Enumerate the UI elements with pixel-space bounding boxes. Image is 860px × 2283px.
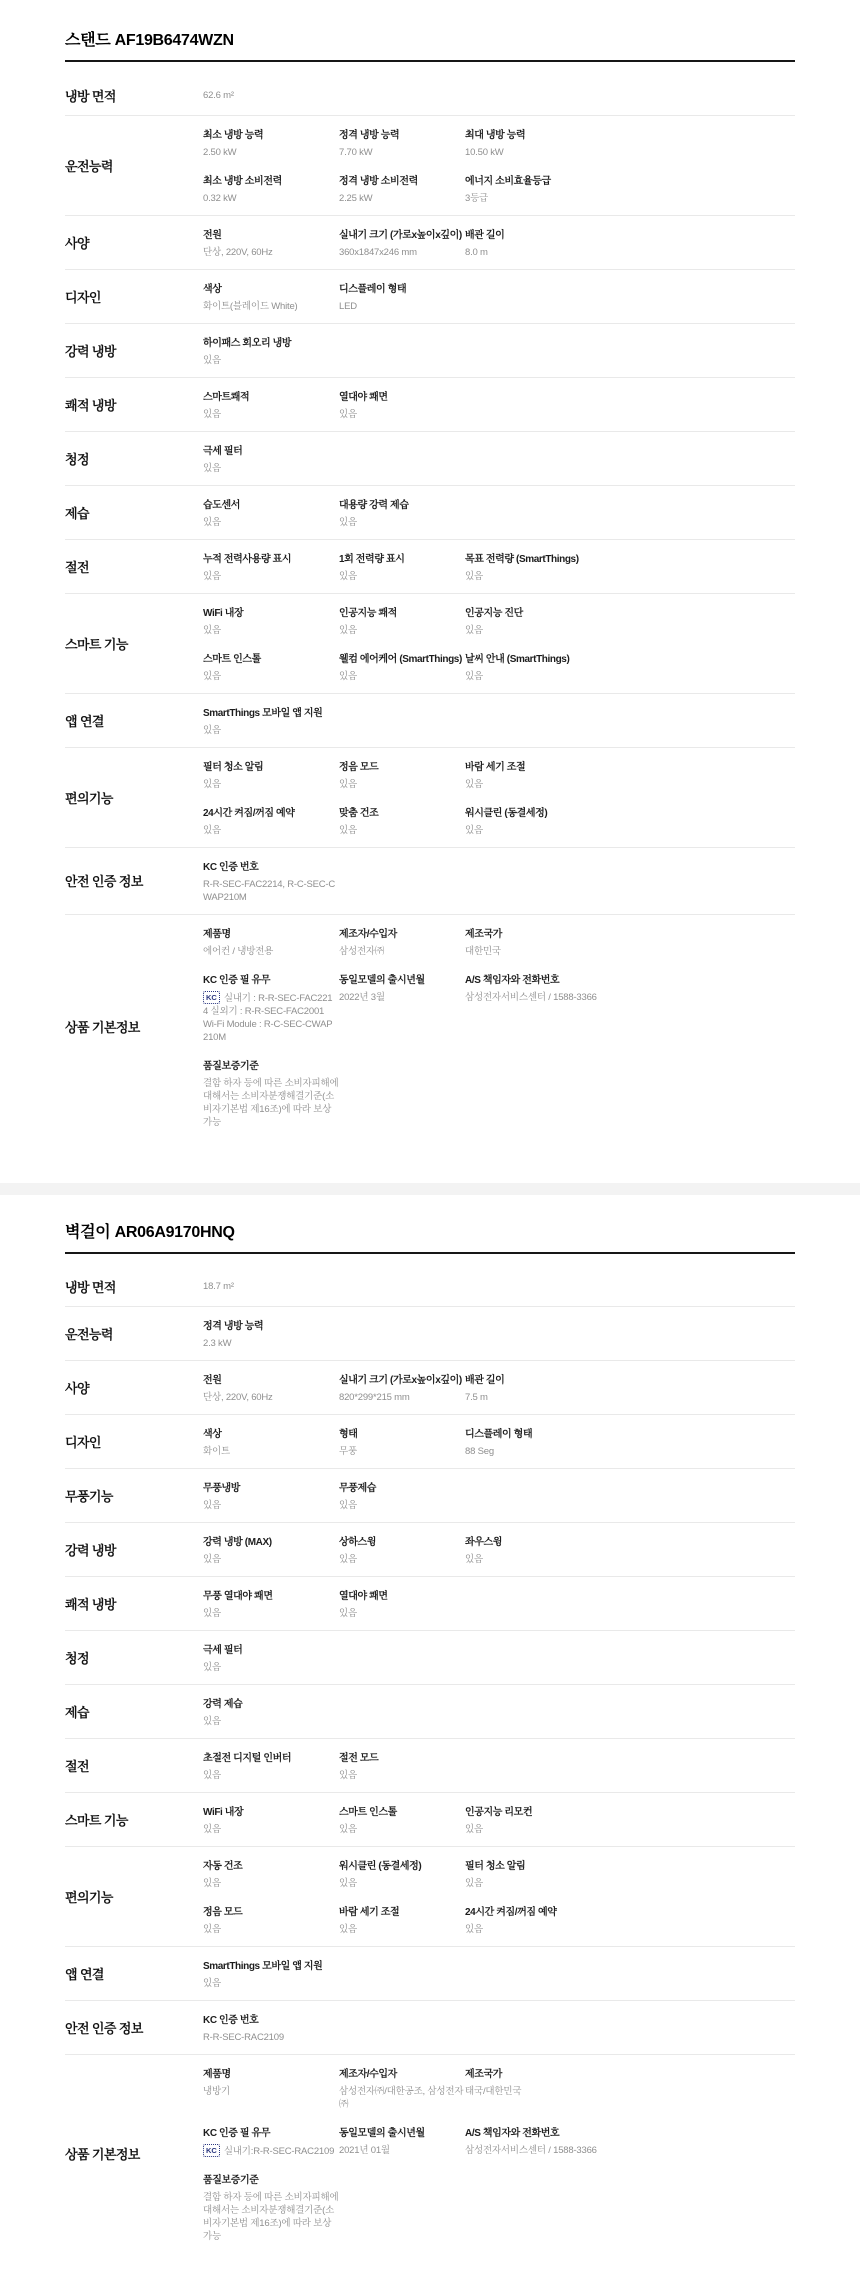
field-value: 있음	[203, 354, 339, 367]
field-value-text: R-R-SEC-FAC2214, R-C-SEC-CWAP210M	[203, 879, 335, 903]
spec-field: 스마트 인스톨 있음	[339, 1803, 465, 1836]
field-value: 18.7 m²	[203, 1280, 339, 1293]
row-fields: 무풍냉방 있음 무풍제습 있음	[203, 1479, 795, 1512]
field-name: 전원	[203, 1371, 339, 1386]
field-value: KC실내기:R-R-SEC-RAC2109	[203, 2144, 339, 2158]
spec-field: 제조자/수입자 삼성전자㈜	[339, 925, 465, 958]
spec-row: 청정 극세 필터 있음	[65, 1631, 795, 1685]
field-value: 있음	[465, 1823, 795, 1836]
field-value: 있음	[203, 624, 339, 637]
field-value-text: 있음	[203, 517, 221, 528]
field-value-text: 단상, 220V, 60Hz	[203, 1392, 273, 1403]
field-name: 극세 필터	[203, 1641, 339, 1656]
field-value: 있음	[465, 1877, 795, 1890]
row-label: 운전능력	[65, 156, 203, 175]
spec-field: 스마트 인스톨 있음	[203, 650, 339, 683]
spec-row: 앱 연결 SmartThings 모바일 앱 지원 있음	[65, 694, 795, 748]
spec-row: 쾌적 냉방 무풍 열대야 쾌면 있음 열대야 쾌면 있음	[65, 1577, 795, 1631]
spec-field: 인공지능 리모컨 있음	[465, 1803, 795, 1836]
field-value-text: 있음	[203, 1608, 221, 1619]
section-title: 스탠드 AF19B6474WZN	[65, 19, 795, 62]
spec-field: 색상 화이트(블레이드 White)	[203, 280, 339, 313]
field-value-text: 3등급	[465, 193, 488, 204]
field-value: 있음	[465, 1923, 795, 1936]
spec-field: 정격 냉방 능력 7.70 kW	[339, 126, 465, 159]
field-value: 7.70 kW	[339, 146, 465, 159]
field-value-text: 있음	[203, 725, 221, 736]
field-name: 초절전 디지털 인버터	[203, 1749, 339, 1764]
field-name: 워시클린 (동결세정)	[339, 1857, 465, 1872]
row-fields: 제품명 냉방기 제조자/수입자 삼성전자㈜/대한공조, 삼성전자㈜ 제조국가 태…	[203, 2065, 795, 2243]
field-name: 강력 냉방 (MAX)	[203, 1533, 339, 1548]
field-name: 필터 청소 알림	[203, 758, 339, 773]
field-value: 있음	[339, 670, 465, 683]
field-value: 2.50 kW	[203, 146, 339, 159]
field-value: 있음	[339, 408, 465, 421]
row-label: 청정	[65, 449, 203, 468]
field-name: 하이패스 회오리 냉방	[203, 334, 339, 349]
field-value-text: 있음	[339, 1608, 357, 1619]
field-name: 정음 모드	[339, 758, 465, 773]
row-label: 스마트 기능	[65, 1810, 203, 1829]
field-name: 바람 세기 조절	[465, 758, 795, 773]
field-value: 8.0 m	[465, 246, 795, 259]
row-fields: KC 인증 번호 R-R-SEC-RAC2109	[203, 2011, 795, 2044]
spec-field: KC 인증 번호 R-R-SEC-FAC2214, R-C-SEC-CWAP21…	[203, 858, 339, 904]
field-value-text: 2.3 kW	[203, 1338, 231, 1349]
field-name: 디스플레이 형태	[339, 280, 465, 295]
spec-row: 운전능력 최소 냉방 능력 2.50 kW 정격 냉방 능력 7.70 kW 최…	[65, 116, 795, 216]
field-name: KC 인증 필 유무	[203, 971, 339, 986]
spec-field: 극세 필터 있음	[203, 1641, 339, 1674]
spec-field: 인공지능 쾌적 있음	[339, 604, 465, 637]
spec-field: 디스플레이 형태 88 Seg	[465, 1425, 795, 1458]
field-value-text: 화이트(블레이드 White)	[203, 301, 298, 312]
row-label: 편의기능	[65, 788, 203, 807]
spec-field: 실내기 크기 (가로x높이x깊이) 820*299*215 mm	[339, 1371, 465, 1404]
row-fields: 습도센서 있음 대용량 강력 제습 있음	[203, 496, 795, 529]
field-value: 있음	[465, 624, 795, 637]
row-fields: 극세 필터 있음	[203, 442, 795, 475]
row-label: 무풍기능	[65, 1486, 203, 1505]
row-label: 강력 냉방	[65, 1540, 203, 1559]
field-value: 있음	[203, 778, 339, 791]
field-value: LED	[339, 300, 465, 313]
field-value-text: 2.25 kW	[339, 193, 372, 204]
field-value-text: 있음	[339, 1824, 357, 1835]
field-value-text: 단상, 220V, 60Hz	[203, 247, 273, 258]
field-value-text: 88 Seg	[465, 1446, 494, 1457]
section-divider	[0, 1183, 860, 1195]
field-name: SmartThings 모바일 앱 지원	[203, 1957, 339, 1972]
spec-field: 목표 전력량 (SmartThings) 있음	[465, 550, 795, 583]
row-label: 앱 연결	[65, 1964, 203, 1983]
spec-row: 강력 냉방 하이패스 회오리 냉방 있음	[65, 324, 795, 378]
field-value: 무풍	[339, 1445, 465, 1458]
spec-field: 제조자/수입자 삼성전자㈜/대한공조, 삼성전자㈜	[339, 2065, 465, 2111]
spec-field: 실내기 크기 (가로x높이x깊이) 360x1847x246 mm	[339, 226, 465, 259]
field-value-text: 2.50 kW	[203, 147, 236, 158]
field-name: 극세 필터	[203, 442, 339, 457]
spec-field: 에너지 소비효율등급 3등급	[465, 172, 795, 205]
spec-field: 날씨 안내 (SmartThings) 있음	[465, 650, 795, 683]
field-name: A/S 책임자와 전화번호	[465, 971, 795, 986]
field-value-text: 결함 하자 등에 따른 소비자피해에 대해서는 소비자분쟁해결기준(소비자기본법…	[203, 2192, 338, 2242]
spec-field: A/S 책임자와 전화번호 삼성전자서비스센터 / 1588-3366	[465, 971, 795, 1004]
row-fields: 스마트쾌적 있음 열대야 쾌면 있음	[203, 388, 795, 421]
row-fields: WiFi 내장 있음 스마트 인스톨 있음 인공지능 리모컨 있음	[203, 1803, 795, 1836]
spec-field: 정격 냉방 소비전력 2.25 kW	[339, 172, 465, 205]
spec-field: 초절전 디지털 인버터 있음	[203, 1749, 339, 1782]
row-fields: SmartThings 모바일 앱 지원 있음	[203, 704, 795, 737]
field-name: 형태	[339, 1425, 465, 1440]
field-value: 있음	[203, 724, 339, 737]
field-value-text: 태국/대한민국	[465, 2086, 521, 2097]
field-value-text: 10.50 kW	[465, 147, 504, 158]
field-value: 있음	[203, 1823, 339, 1836]
field-value: 있음	[339, 1553, 465, 1566]
field-value-text: 있음	[203, 779, 221, 790]
row-fields: 무풍 열대야 쾌면 있음 열대야 쾌면 있음	[203, 1587, 795, 1620]
field-value: 있음	[203, 1977, 339, 1990]
field-value: 화이트(블레이드 White)	[203, 300, 339, 313]
field-value: 삼성전자㈜/대한공조, 삼성전자㈜	[339, 2085, 465, 2111]
row-fields: SmartThings 모바일 앱 지원 있음	[203, 1957, 795, 1990]
field-name: 열대야 쾌면	[339, 1587, 465, 1602]
field-value-text: 2021년 01월	[339, 2145, 390, 2156]
field-name: 실내기 크기 (가로x높이x깊이)	[339, 226, 465, 241]
field-value: 있음	[203, 1499, 339, 1512]
spec-row: 제습 습도센서 있음 대용량 강력 제습 있음	[65, 486, 795, 540]
field-value-text: 있음	[203, 409, 221, 420]
field-value: 있음	[465, 570, 795, 583]
kc-certification-icon: KC	[203, 2144, 220, 2157]
field-name: 대용량 강력 제습	[339, 496, 465, 511]
field-name: 제조자/수입자	[339, 925, 465, 940]
field-name: 최대 냉방 능력	[465, 126, 795, 141]
spec-field: 강력 제습 있음	[203, 1695, 339, 1728]
spec-field: 제조국가 대한민국	[465, 925, 795, 958]
field-value-text: 실내기:R-R-SEC-RAC2109	[224, 2146, 334, 2157]
spec-row: 상품 기본정보 제품명 냉방기 제조자/수입자 삼성전자㈜/대한공조, 삼성전자…	[65, 2055, 795, 2253]
spec-field: 절전 모드 있음	[339, 1749, 465, 1782]
field-name: WiFi 내장	[203, 1803, 339, 1818]
spec-rows: 냉방 면적 62.6 m² 운전능력 최소 냉방 능력 2.50 kW 정격 냉…	[65, 76, 795, 1139]
field-value: 냉방기	[203, 2085, 339, 2098]
field-name: 에너지 소비효율등급	[465, 172, 795, 187]
spec-row: 무풍기능 무풍냉방 있음 무풍제습 있음	[65, 1469, 795, 1523]
row-label: 상품 기본정보	[65, 2144, 203, 2163]
field-value-text: 실내기 : R-R-SEC-FAC2214 실외기 : R-R-SEC-FAC2…	[203, 993, 332, 1043]
row-label: 안전 인증 정보	[65, 2018, 203, 2037]
field-name: 최소 냉방 소비전력	[203, 172, 339, 187]
row-label: 제습	[65, 503, 203, 522]
field-value-text: 있음	[203, 1978, 221, 1989]
spec-field: 제품명 에어컨 / 냉방전용	[203, 925, 339, 958]
row-fields: 전원 단상, 220V, 60Hz 실내기 크기 (가로x높이x깊이) 820*…	[203, 1371, 795, 1404]
spec-row: 편의기능 필터 청소 알림 있음 정음 모드 있음 바람 세기 조절 있음 24…	[65, 748, 795, 848]
field-name: 바람 세기 조절	[339, 1903, 465, 1918]
field-name: 색상	[203, 1425, 339, 1440]
field-value: 있음	[203, 570, 339, 583]
field-value: 삼성전자서비스센터 / 1588-3366	[465, 991, 795, 1004]
field-value-text: 있음	[203, 571, 221, 582]
spec-field: 인공지능 진단 있음	[465, 604, 795, 637]
spec-field: WiFi 내장 있음	[203, 604, 339, 637]
field-name: 최소 냉방 능력	[203, 126, 339, 141]
field-value-text: 있음	[339, 1770, 357, 1781]
field-value: 화이트	[203, 1445, 339, 1458]
spec-field: 1회 전력량 표시 있음	[339, 550, 465, 583]
field-value: 있음	[465, 824, 795, 837]
spec-field: 맞춤 건조 있음	[339, 804, 465, 837]
field-value-text: 있음	[203, 671, 221, 682]
field-name: 인공지능 리모컨	[465, 1803, 795, 1818]
field-name: 절전 모드	[339, 1749, 465, 1764]
spec-field: KC 인증 필 유무 KC실내기:R-R-SEC-RAC2109	[203, 2124, 339, 2158]
field-value: 있음	[203, 1715, 339, 1728]
spec-field: 동일모델의 출시년월 2022년 3월	[339, 971, 465, 1004]
row-fields: 전원 단상, 220V, 60Hz 실내기 크기 (가로x높이x깊이) 360x…	[203, 226, 795, 259]
field-name: WiFi 내장	[203, 604, 339, 619]
field-value: 있음	[203, 1923, 339, 1936]
field-value-text: 무풍	[339, 1446, 357, 1457]
spec-field: 정음 모드 있음	[339, 758, 465, 791]
field-name: 인공지능 진단	[465, 604, 795, 619]
spec-rows: 냉방 면적 18.7 m² 운전능력 정격 냉방 능력 2.3 kW 사양 전원…	[65, 1267, 795, 2253]
field-value: 있음	[203, 516, 339, 529]
spec-field: 습도센서 있음	[203, 496, 339, 529]
row-label: 절전	[65, 557, 203, 576]
field-value-text: 360x1847x246 mm	[339, 247, 417, 258]
field-value: 2021년 01월	[339, 2144, 465, 2157]
field-value-text: 있음	[339, 1554, 357, 1565]
row-fields: 누적 전력사용량 표시 있음 1회 전력량 표시 있음 목표 전력량 (Smar…	[203, 550, 795, 583]
field-value: 있음	[339, 778, 465, 791]
field-name: 목표 전력량 (SmartThings)	[465, 550, 795, 565]
field-name: 동일모델의 출시년월	[339, 2124, 465, 2139]
field-value-text: 있음	[339, 779, 357, 790]
field-value: 대한민국	[465, 945, 795, 958]
field-value: 있음	[203, 1661, 339, 1674]
row-fields: 강력 제습 있음	[203, 1695, 795, 1728]
field-value: 있음	[203, 670, 339, 683]
field-value: 있음	[465, 778, 795, 791]
field-name: A/S 책임자와 전화번호	[465, 2124, 795, 2139]
spec-field: 필터 청소 알림 있음	[203, 758, 339, 791]
field-value: 있음	[339, 570, 465, 583]
spec-row: 상품 기본정보 제품명 에어컨 / 냉방전용 제조자/수입자 삼성전자㈜ 제조국…	[65, 915, 795, 1139]
field-value-text: 있음	[465, 671, 483, 682]
spec-field: 웰컴 에어케어 (SmartThings) 있음	[339, 650, 465, 683]
row-label: 쾌적 냉방	[65, 1594, 203, 1613]
field-name: 무풍 열대야 쾌면	[203, 1587, 339, 1602]
field-name: 24시간 켜짐/꺼짐 예약	[203, 804, 339, 819]
spec-field: 전원 단상, 220V, 60Hz	[203, 1371, 339, 1404]
spec-field: 배관 길이 8.0 m	[465, 226, 795, 259]
field-value-text: 있음	[339, 409, 357, 420]
field-value: 에어컨 / 냉방전용	[203, 945, 339, 958]
field-value-text: 있음	[203, 1924, 221, 1935]
field-name: 제조자/수입자	[339, 2065, 465, 2080]
spec-field: KC 인증 번호 R-R-SEC-RAC2109	[203, 2011, 339, 2044]
spec-row: 절전 누적 전력사용량 표시 있음 1회 전력량 표시 있음 목표 전력량 (S…	[65, 540, 795, 594]
row-fields: 18.7 m²	[203, 1280, 795, 1293]
row-label: 강력 냉방	[65, 341, 203, 360]
spec-row: 스마트 기능 WiFi 내장 있음 인공지능 쾌적 있음 인공지능 진단 있음 …	[65, 594, 795, 694]
field-value-text: 있음	[339, 671, 357, 682]
spec-field: 최소 냉방 소비전력 0.32 kW	[203, 172, 339, 205]
field-value: 2022년 3월	[339, 991, 465, 1004]
spec-field: 24시간 켜짐/꺼짐 예약 있음	[203, 804, 339, 837]
row-fields: 자동 건조 있음 워시클린 (동결세정) 있음 필터 청소 알림 있음 정음 모…	[203, 1857, 795, 1936]
row-label: 상품 기본정보	[65, 1017, 203, 1036]
field-value-text: R-R-SEC-RAC2109	[203, 2032, 284, 2043]
field-value-text: 820*299*215 mm	[339, 1392, 410, 1403]
field-value-text: 있음	[203, 355, 221, 366]
row-fields: 색상 화이트 형태 무풍 디스플레이 형태 88 Seg	[203, 1425, 795, 1458]
spec-row: 냉방 면적 62.6 m²	[65, 76, 795, 116]
field-name: 제조국가	[465, 2065, 795, 2080]
field-value-text: 에어컨 / 냉방전용	[203, 946, 273, 957]
section-title: 벽걸이 AR06A9170HNQ	[65, 1211, 795, 1254]
row-label: 제습	[65, 1702, 203, 1721]
row-label: 절전	[65, 1756, 203, 1775]
kc-certification-icon: KC	[203, 991, 220, 1004]
field-value-text: 있음	[203, 1770, 221, 1781]
field-value: 있음	[203, 824, 339, 837]
field-name: 제품명	[203, 925, 339, 940]
spec-field: 하이패스 회오리 냉방 있음	[203, 334, 339, 367]
field-value-text: 있음	[465, 779, 483, 790]
spec-row: 운전능력 정격 냉방 능력 2.3 kW	[65, 1307, 795, 1361]
field-name: 품질보증기준	[203, 1057, 339, 1072]
row-label: 운전능력	[65, 1324, 203, 1343]
field-name: KC 인증 필 유무	[203, 2124, 339, 2139]
field-value: 360x1847x246 mm	[339, 246, 465, 259]
field-value: 10.50 kW	[465, 146, 795, 159]
field-value-text: 있음	[465, 1924, 483, 1935]
field-name: 자동 건조	[203, 1857, 339, 1872]
field-value: 있음	[203, 1877, 339, 1890]
field-value: 있음	[339, 1823, 465, 1836]
field-name: 제품명	[203, 2065, 339, 2080]
spec-page: 스탠드 AF19B6474WZN 냉방 면적 62.6 m² 운전능력 최소 냉…	[0, 0, 860, 2283]
row-label: 쾌적 냉방	[65, 395, 203, 414]
field-name: 1회 전력량 표시	[339, 550, 465, 565]
field-name: 무풍냉방	[203, 1479, 339, 1494]
spec-field: 대용량 강력 제습 있음	[339, 496, 465, 529]
field-value: 태국/대한민국	[465, 2085, 795, 2098]
row-fields: 62.6 m²	[203, 89, 795, 102]
spec-field: 최소 냉방 능력 2.50 kW	[203, 126, 339, 159]
field-name: 정격 냉방 소비전력	[339, 172, 465, 187]
field-value-text: 있음	[203, 463, 221, 474]
spec-field: 필터 청소 알림 있음	[465, 1857, 795, 1890]
field-value: 있음	[339, 1499, 465, 1512]
row-label: 편의기능	[65, 1887, 203, 1906]
field-value-text: 8.0 m	[465, 247, 488, 258]
field-value: 2.25 kW	[339, 192, 465, 205]
field-name: 정격 냉방 능력	[203, 1317, 339, 1332]
spec-field: 자동 건조 있음	[203, 1857, 339, 1890]
spec-field: 열대야 쾌면 있음	[339, 1587, 465, 1620]
spec-row: 사양 전원 단상, 220V, 60Hz 실내기 크기 (가로x높이x깊이) 8…	[65, 1361, 795, 1415]
row-label: 사양	[65, 233, 203, 252]
field-name: 습도센서	[203, 496, 339, 511]
field-name: 워시클린 (동결세정)	[465, 804, 795, 819]
field-name: 배관 길이	[465, 226, 795, 241]
field-value: 있음	[465, 670, 795, 683]
field-value-text: 삼성전자㈜	[339, 946, 384, 957]
field-value: 0.32 kW	[203, 192, 339, 205]
spec-field: 극세 필터 있음	[203, 442, 339, 475]
field-name: 인공지능 쾌적	[339, 604, 465, 619]
field-name: 동일모델의 출시년월	[339, 971, 465, 986]
field-name: 맞춤 건조	[339, 804, 465, 819]
spec-field: 최대 냉방 능력 10.50 kW	[465, 126, 795, 159]
field-value-text: 있음	[339, 1500, 357, 1511]
field-name: 무풍제습	[339, 1479, 465, 1494]
spec-field: 바람 세기 조절 있음	[339, 1903, 465, 1936]
field-name: 상하스윙	[339, 1533, 465, 1548]
field-value-text: 있음	[465, 1824, 483, 1835]
row-label: 디자인	[65, 1432, 203, 1451]
spec-row: 디자인 색상 화이트 형태 무풍 디스플레이 형태 88 Seg	[65, 1415, 795, 1469]
row-fields: 하이패스 회오리 냉방 있음	[203, 334, 795, 367]
field-value-text: 있음	[465, 1878, 483, 1889]
field-value-text: 있음	[203, 1878, 221, 1889]
row-fields: 색상 화이트(블레이드 White) 디스플레이 형태 LED	[203, 280, 795, 313]
spec-field: 강력 냉방 (MAX) 있음	[203, 1533, 339, 1566]
field-value-text: 있음	[339, 825, 357, 836]
spec-field: SmartThings 모바일 앱 지원 있음	[203, 704, 339, 737]
field-value: 3등급	[465, 192, 795, 205]
field-name: 디스플레이 형태	[465, 1425, 795, 1440]
field-value-text: 대한민국	[465, 946, 501, 957]
spec-field: 스마트쾌적 있음	[203, 388, 339, 421]
field-value-text: 화이트	[203, 1446, 230, 1457]
spec-field: 정음 모드 있음	[203, 1903, 339, 1936]
spec-section: 스탠드 AF19B6474WZN 냉방 면적 62.6 m² 운전능력 최소 냉…	[65, 19, 795, 1138]
spec-field: 무풍제습 있음	[339, 1479, 465, 1512]
field-name: 정격 냉방 능력	[339, 126, 465, 141]
spec-field: 품질보증기준 결함 하자 등에 따른 소비자피해에 대해서는 소비자분쟁해결기준…	[203, 1057, 339, 1129]
spec-row: 강력 냉방 강력 냉방 (MAX) 있음 상하스윙 있음 좌우스윙 있음	[65, 1523, 795, 1577]
field-value-text: 있음	[339, 1924, 357, 1935]
spec-field: 바람 세기 조절 있음	[465, 758, 795, 791]
field-value-text: 삼성전자서비스센터 / 1588-3366	[465, 992, 597, 1003]
spec-field: 누적 전력사용량 표시 있음	[203, 550, 339, 583]
spec-row: 앱 연결 SmartThings 모바일 앱 지원 있음	[65, 1947, 795, 2001]
field-value-text: 있음	[339, 571, 357, 582]
field-value-text: 7.70 kW	[339, 147, 372, 158]
spec-field: 무풍냉방 있음	[203, 1479, 339, 1512]
field-value-text: 있음	[465, 571, 483, 582]
spec-field: 색상 화이트	[203, 1425, 339, 1458]
row-label: 안전 인증 정보	[65, 871, 203, 890]
field-name: 열대야 쾌면	[339, 388, 465, 403]
spec-row: 편의기능 자동 건조 있음 워시클린 (동결세정) 있음 필터 청소 알림 있음…	[65, 1847, 795, 1947]
spec-row: 안전 인증 정보 KC 인증 번호 R-R-SEC-RAC2109	[65, 2001, 795, 2055]
spec-field: 워시클린 (동결세정) 있음	[465, 804, 795, 837]
field-value-text: 삼성전자㈜/대한공조, 삼성전자㈜	[339, 2086, 463, 2110]
row-fields: KC 인증 번호 R-R-SEC-FAC2214, R-C-SEC-CWAP21…	[203, 858, 795, 904]
field-name: 좌우스윙	[465, 1533, 795, 1548]
row-label: 사양	[65, 1378, 203, 1397]
field-value: 있음	[465, 1553, 795, 1566]
field-value-text: 있음	[203, 1824, 221, 1835]
